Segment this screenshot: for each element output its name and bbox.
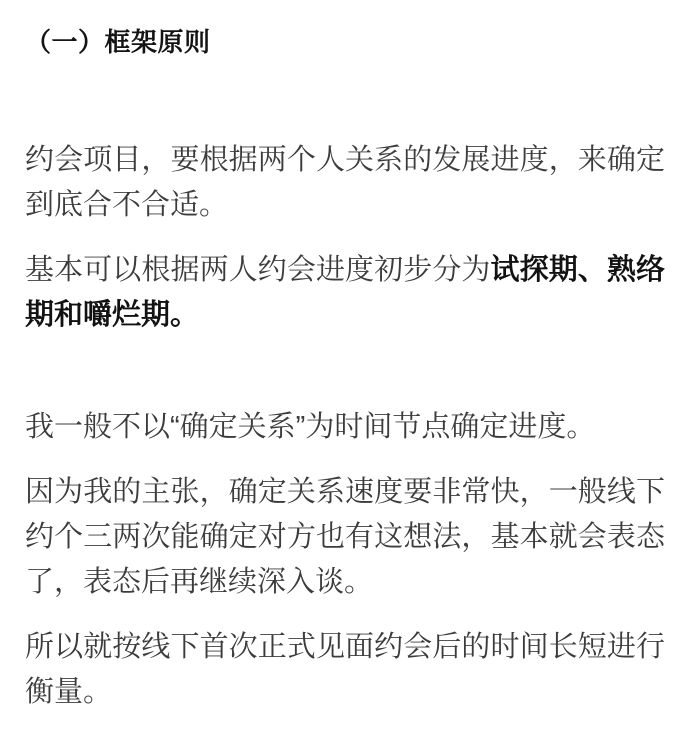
paragraph-measure-by-time: 所以就按线下首次正式见面约会后的时间长短进行衡量。 [25,625,665,715]
paragraph-three-stages: 基本可以根据两人约会进度初步分为试探期、熟络期和嚼烂期。 [25,248,665,338]
section-heading: （一）框架原则 [25,24,665,60]
paragraph-timeline-basis: 我一般不以“确定关系”为时间节点确定进度。 [25,405,665,450]
article-body: （一）框架原则 约会项目，要根据两个人关系的发展进度，来确定到底合不合适。 基本… [0,0,680,730]
paragraph-dating-fit: 约会项目，要根据两个人关系的发展进度，来确定到底合不合适。 [25,138,665,228]
paragraph-three-stages-lead: 基本可以根据两人约会进度初步分为 [25,254,491,286]
paragraph-fast-commitment: 因为我的主张，确定关系速度要非常快，一般线下约个三两次能确定对方也有这想法，基本… [25,470,665,605]
